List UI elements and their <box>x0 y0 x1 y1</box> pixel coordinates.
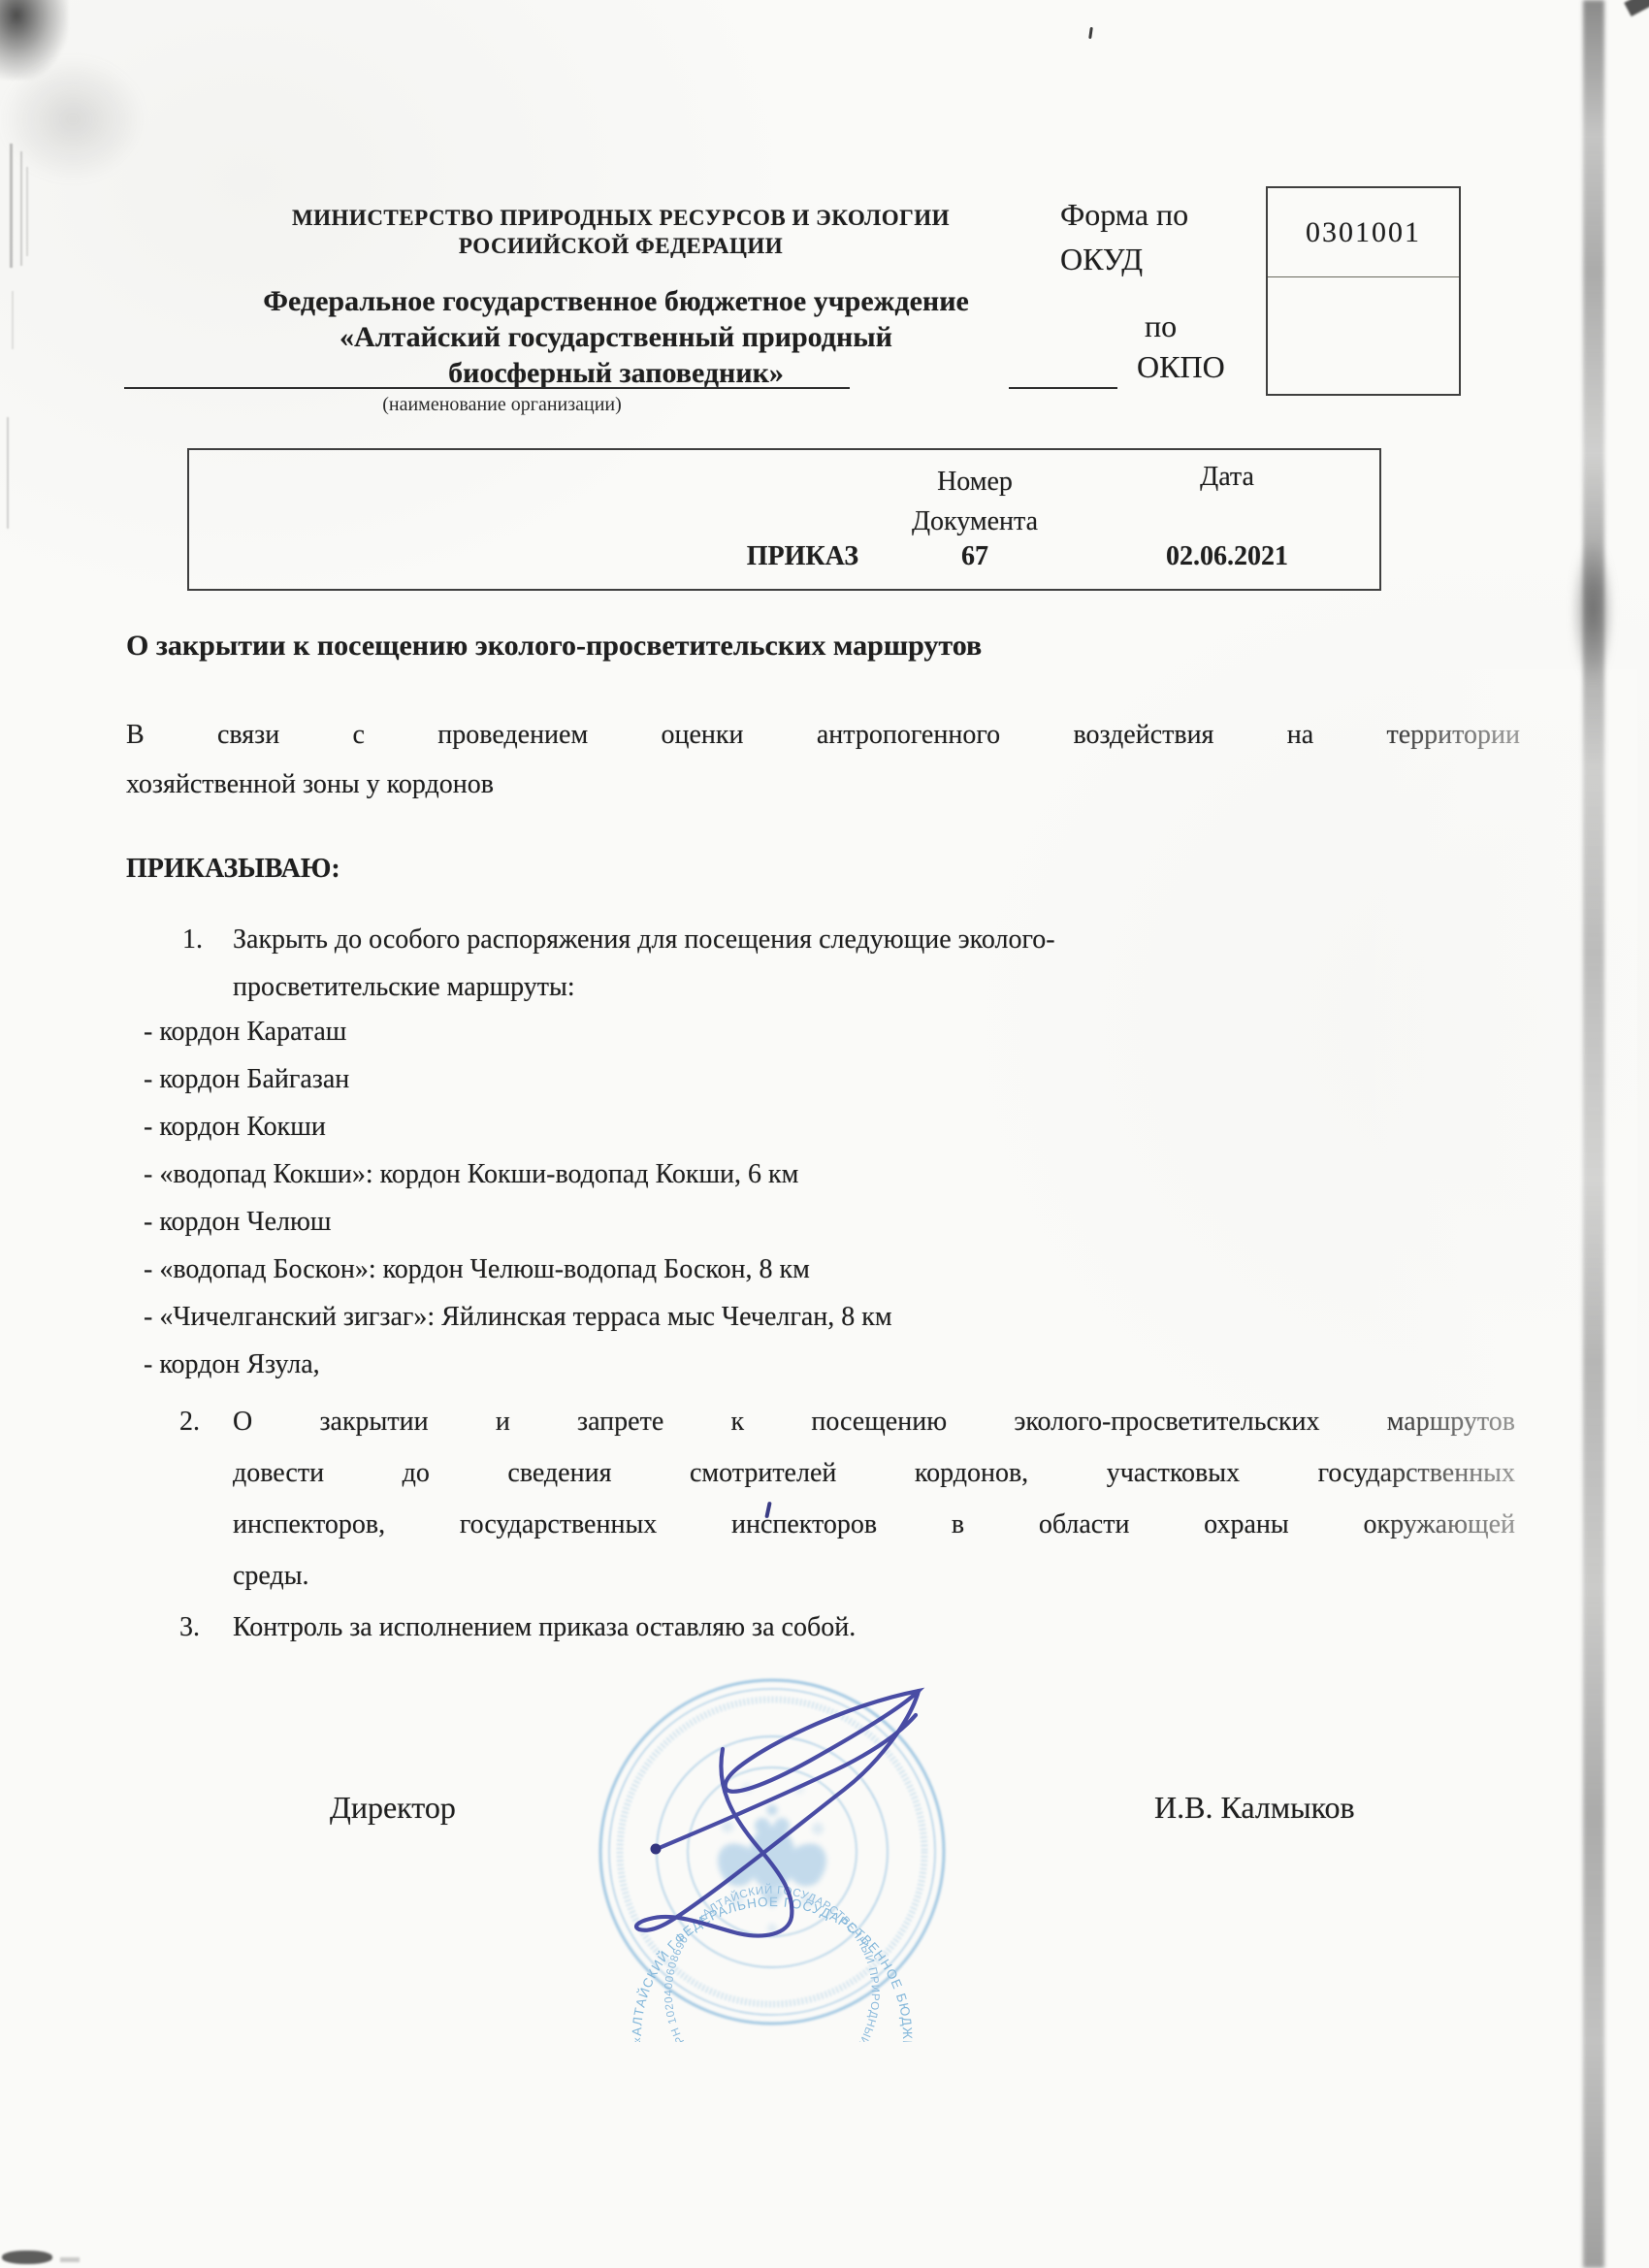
route-item: - «водопад Боскон»: кордон Челюш-водопад… <box>144 1254 810 1285</box>
number-header-line2: Документа <box>810 502 1140 541</box>
document-type: ПРИКАЗ <box>480 541 858 572</box>
org-line2: «Алтайский государственный природный <box>126 319 1106 355</box>
scan-streak <box>10 144 13 268</box>
route-item: - кордон Кокши <box>144 1112 326 1143</box>
form-line-segment <box>1009 387 1117 389</box>
scan-corner-mark-top-right <box>1624 0 1649 16</box>
order-header-table: Номер Документа Дата ПРИКАЗ 67 02.06.202… <box>187 448 1381 591</box>
route-item: - кордон Караташ <box>144 1017 346 1048</box>
scan-streak <box>20 151 22 266</box>
item2-line4: среды. <box>233 1561 309 1592</box>
item2-line3: инспекторов, государственных инспекторов… <box>233 1509 1515 1571</box>
route-item: - кордон Байгазан <box>144 1064 349 1095</box>
item3-text: Контроль за исполнением приказа оставляю… <box>233 1612 856 1643</box>
item1-number: 1. <box>182 924 203 956</box>
form-code-boxes: 0301001 <box>1266 186 1461 396</box>
okud-label-line2: ОКУД <box>1060 237 1188 281</box>
signature-stroke-main <box>636 1691 919 1935</box>
column-header-date: Дата <box>1111 462 1343 493</box>
ministry-line2: РОСИИЙСКОЙ ФЕДЕРАЦИИ <box>145 232 1096 260</box>
scan-streak <box>7 417 9 529</box>
signer-position: Директор <box>330 1790 456 1826</box>
signature-ink-blot <box>651 1844 662 1855</box>
signer-name: И.В. Калмыков <box>1154 1790 1355 1826</box>
okud-label-line1: Форма по <box>1060 192 1188 237</box>
item3-number: 3. <box>179 1612 200 1643</box>
org-caption: (наименование организации) <box>126 394 878 416</box>
org-line1: Федеральное государственное бюджетное уч… <box>126 283 1106 319</box>
director-signature <box>543 1649 951 2105</box>
order-title: О закрытии к посещению эколого-просветит… <box>126 630 982 663</box>
document-number: 67 <box>810 541 1140 572</box>
command-word: ПРИКАЗЫВАЮ: <box>126 854 340 885</box>
org-line3: биосферный заповедник» <box>126 355 1106 391</box>
organization-name: Федеральное государственное бюджетное уч… <box>126 283 1106 391</box>
scan-streak <box>12 291 14 349</box>
item1-line1: Закрыть до особого распоряжения для посе… <box>233 924 1055 956</box>
route-item: - кордон Челюш <box>144 1207 331 1238</box>
okpo-code-cell <box>1268 277 1459 393</box>
column-header-number: Номер Документа <box>810 462 1140 541</box>
number-header-line1: Номер <box>810 462 1140 502</box>
okud-label: Форма по ОКУД <box>1060 192 1188 281</box>
org-underline <box>124 387 850 389</box>
ministry-name: МИНИСТЕРСТВО ПРИРОДНЫХ РЕСУРСОВ И ЭКОЛОГ… <box>145 204 1096 260</box>
document-date: 02.06.2021 <box>1111 541 1343 572</box>
signature-stroke-diagonal <box>657 1715 916 1849</box>
okpo-label-okpo: ОКПО <box>1137 349 1225 385</box>
item1-line2: просветительские маршруты: <box>233 972 575 1003</box>
route-item: - «Чичелганский зигзаг»: Яйлинская терра… <box>144 1302 892 1333</box>
scan-smudge-bottom-left <box>2 2251 52 2264</box>
scan-streak <box>26 167 28 256</box>
scanned-order-document: МИНИСТЕРСТВО ПРИРОДНЫХ РЕСУРСОВ И ЭКОЛОГ… <box>0 0 1649 2268</box>
stray-pen-mark-top <box>1088 27 1093 39</box>
ministry-line1: МИНИСТЕРСТВО ПРИРОДНЫХ РЕСУРСОВ И ЭКОЛОГ… <box>145 204 1096 232</box>
route-item: - кордон Язула, <box>144 1349 320 1380</box>
okpo-label-po: по <box>1145 308 1177 344</box>
route-item: - «водопад Кокши»: кордон Кокши-водопад … <box>144 1159 798 1190</box>
scan-edge-smudge <box>1571 538 1614 684</box>
scan-dots-bottom-left <box>60 2257 80 2262</box>
okud-code-cell: 0301001 <box>1268 188 1459 277</box>
scan-edge-streak <box>1583 0 1604 2268</box>
intro-line2: хозяйственной зоны у кордонов <box>126 769 494 800</box>
item2-number: 2. <box>179 1407 200 1438</box>
